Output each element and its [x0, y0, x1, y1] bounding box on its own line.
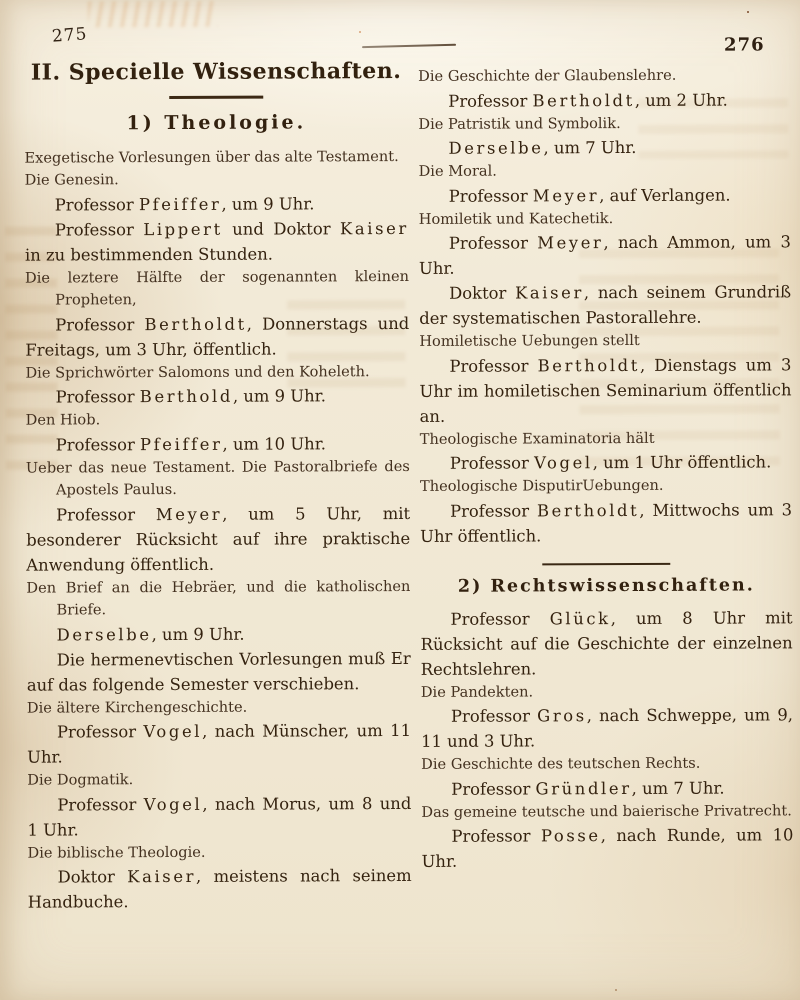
professor-name: Bertholdt: [537, 500, 639, 519]
text-segment: Professor: [450, 453, 534, 472]
text-segment: Professor: [450, 501, 537, 520]
lecture-topic-line: Die Moral.: [419, 159, 791, 183]
lecture-topic-line: Homiletik und Katechetik.: [419, 207, 791, 231]
lecture-assignment-line: Doktor Kaiser, nach seinem Grundriß der …: [419, 279, 791, 331]
professor-name: Berthold: [140, 387, 233, 406]
professor-name: Kaiser: [340, 218, 409, 237]
text-segment: Die Geschichte des teutschen Rechts.: [421, 755, 700, 773]
lecture-assignment-line: Professor Meyer, um 5 Uhr, mit besondere…: [26, 500, 410, 577]
lecture-assignment-line: Professor Bertholdt, um 2 Uhr.: [418, 87, 790, 114]
lecture-assignment-line: Professor Bertholdt, Dienstags um 3 Uhr …: [419, 352, 791, 429]
column-right: Die Geschichte der Glaubenslehre.Profess…: [418, 64, 794, 874]
lecture-assignment-line: Professor Gründler, um 7 Uhr.: [421, 775, 793, 802]
text-segment: Theologische DisputirUebungen.: [420, 477, 664, 495]
text-segment: Professor: [57, 722, 144, 741]
bleedthrough-ghost: [88, 1, 218, 28]
lecture-topic-line: Ueber das neue Testament. Die Pastoralbr…: [26, 455, 410, 502]
professor-name: Glück: [550, 609, 611, 628]
lecture-topic-line: Die ältere Kirchengeschichte.: [27, 695, 411, 719]
scanned-book-page: 275 276 II. Specielle Wissenschaften. 1)…: [0, 0, 800, 1000]
text-segment: Professor: [55, 315, 144, 334]
text-segment: Das gemeine teutsche und baierische Priv…: [421, 802, 792, 821]
professor-name: Derselbe: [448, 138, 543, 157]
header-center-dash: [362, 44, 456, 48]
heading-divider-rule: [169, 96, 263, 99]
lecture-topic-line: Die Geschichte der Glaubenslehre.: [418, 64, 790, 88]
text-segment: und Doktor: [223, 219, 340, 239]
text-segment: Homiletik und Katechetik.: [419, 210, 614, 228]
lecture-topic-line: Die Geschichte des teutschen Rechts.: [421, 752, 793, 776]
text-segment: Professor: [448, 91, 532, 110]
text-segment: Doktor: [58, 867, 128, 886]
lecture-topic-line: Exegetische Vorlesungen über das alte Te…: [24, 145, 408, 169]
text-segment: Professor: [57, 795, 143, 814]
section-divider-rule: [542, 562, 670, 565]
lecture-assignment-line: Professor Berthold, um 9 Uhr.: [25, 383, 409, 410]
professor-name: Vogel: [143, 722, 202, 741]
lecture-topic-line: Theologische DisputirUebungen.: [420, 474, 792, 498]
professor-name: Pfeiffer: [139, 194, 222, 213]
text-segment: Die Sprichwörter Salomons und den Kohele…: [25, 363, 369, 382]
text-segment: Professor: [56, 435, 140, 454]
text-segment: Homiletische Uebungen stellt: [419, 332, 640, 350]
professor-name: Derselbe: [57, 625, 152, 644]
text-segment: Professor: [449, 356, 537, 375]
text-segment: Die Patristik und Symbolik.: [418, 115, 620, 133]
text-segment: Die Genesin.: [25, 171, 119, 188]
professor-name: Gros: [537, 706, 587, 725]
lecture-assignment-line: Professor Bertholdt, Mittwochs um 3 Uhr …: [420, 497, 792, 549]
text-segment: Den Brief an die Hebräer, und die kathol…: [26, 577, 410, 618]
lecture-topic-line: Die leztere Hälfte der sogenannten klein…: [25, 265, 409, 312]
lecture-assignment-line: Professor Glück, um 8 Uhr mit Rücksicht …: [420, 605, 792, 682]
lecture-assignment-line: Professor Gros, nach Schweppe, um 9, 11 …: [421, 702, 793, 754]
lecture-topic-line: Den Brief an die Hebräer, und die kathol…: [26, 575, 410, 622]
text-segment: Die ältere Kirchengeschichte.: [27, 698, 247, 716]
lecture-topic-line: Die Dogmatik.: [27, 768, 411, 792]
text-segment: Die Moral.: [419, 163, 497, 180]
lecture-topic-line: Die Sprichwörter Salomons und den Kohele…: [25, 360, 409, 384]
text-segment: Professor: [55, 195, 139, 214]
professor-name: Meyer: [537, 233, 603, 252]
text-segment: Professor: [451, 706, 537, 725]
text-segment: Professor: [449, 233, 537, 252]
text-segment: Die Geschichte der Glaubenslehre.: [418, 67, 676, 85]
lecture-topic-line: Die Pandekten.: [421, 680, 793, 704]
text-segment: , um 9 Uhr.: [221, 194, 314, 213]
professor-name: Posse: [541, 826, 601, 845]
text-segment: , auf Verlangen.: [599, 185, 731, 205]
lecture-assignment-line: Professor Pfeiffer, um 10 Uhr.: [26, 430, 410, 457]
professor-name: Vogel: [534, 453, 593, 472]
text-segment: Die leztere Hälfte der sogenannten klein…: [25, 267, 409, 308]
lecture-assignment-line: Doktor Kaiser, meistens nach seinem Hand…: [28, 863, 412, 915]
text-segment: Die Pandekten.: [421, 683, 533, 700]
column-right-entries: Die Geschichte der Glaubenslehre.Profess…: [418, 64, 794, 874]
text-segment: Die hermenevtischen Vorlesungen muß Er a…: [27, 648, 411, 694]
lecture-assignment-line: Professor Bertholdt, Donnerstags und Fre…: [25, 310, 409, 362]
lecture-topic-line: Den Hiob.: [26, 408, 410, 432]
text-segment: , um 9 Uhr.: [152, 624, 245, 643]
subsection-heading-theologie: 1) Theologie.: [24, 110, 408, 134]
lecture-topic-line: Die Genesin.: [25, 168, 409, 192]
lecture-assignment-line: Die hermenevtischen Vorlesungen muß Er a…: [27, 645, 411, 697]
professor-name: Kaiser: [515, 283, 584, 302]
lecture-assignment-line: Derselbe, um 9 Uhr.: [27, 620, 411, 647]
text-segment: , um 2 Uhr.: [635, 90, 728, 109]
lecture-assignment-line: Professor Posse, nach Runde, um 10 Uhr.: [421, 822, 793, 874]
text-segment: Professor: [449, 186, 533, 205]
professor-name: Bertholdt: [538, 355, 640, 374]
professor-name: Meyer: [533, 186, 599, 205]
text-segment: Theologische Examinatoria hält: [420, 429, 655, 447]
professor-name: Bertholdt: [532, 90, 634, 109]
subsection-heading: 2) Rechtswissenschaften.: [420, 575, 792, 597]
page-number-right: 276: [724, 34, 765, 55]
lecture-assignment-line: Professor Vogel, um 1 Uhr öffentlich.: [420, 449, 792, 476]
lecture-topic-line: Homiletische Uebungen stellt: [419, 329, 791, 353]
text-segment: Die biblische Theologie.: [27, 843, 205, 861]
text-segment: Den Hiob.: [26, 411, 101, 428]
text-segment: Professor: [55, 220, 144, 239]
text-segment: Die Dogmatik.: [27, 771, 133, 788]
professor-name: Meyer: [156, 504, 222, 523]
text-segment: , um 1 Uhr öffentlich.: [593, 452, 772, 472]
lecture-assignment-line: Professor Meyer, auf Verlangen.: [419, 182, 791, 209]
text-segment: Professor: [451, 779, 535, 798]
professor-name: Pfeiffer: [140, 434, 223, 453]
professor-name: Bertholdt: [144, 314, 246, 333]
lecture-assignment-line: Professor Vogel, nach Morus, um 8 und 1 …: [27, 790, 411, 842]
text-segment: , um 7 Uhr.: [632, 778, 725, 797]
lecture-assignment-line: Professor Vogel, nach Münscher, um 11 Uh…: [27, 718, 411, 770]
column-left-entries: Exegetische Vorlesungen über das alte Te…: [24, 145, 411, 914]
lecture-topic-line: Die Patristik und Symbolik.: [418, 112, 790, 136]
lecture-topic-line: Das gemeine teutsche und baierische Priv…: [421, 800, 793, 824]
lecture-assignment-line: Professor Lippert und Doktor Kaiser in z…: [25, 215, 409, 267]
text-segment: , um 9 Uhr.: [233, 386, 326, 405]
professor-name: Kaiser: [127, 867, 196, 886]
text-segment: Doktor: [449, 283, 515, 302]
professor-name: Lippert: [143, 219, 223, 238]
text-segment: Professor: [56, 387, 140, 406]
section-heading-specielle-wissenschaften: II. Specielle Wissenschaften.: [24, 58, 408, 86]
text-segment: Professor: [451, 826, 541, 845]
text-segment: Ueber das neue Testament. Die Pastoralbr…: [26, 457, 410, 498]
lecture-topic-line: Die biblische Theologie.: [27, 840, 411, 864]
text-segment: , um 7 Uhr.: [543, 138, 636, 157]
text-segment: in zu bestimmenden Stunden.: [25, 244, 273, 264]
professor-name: Gründler: [535, 778, 631, 797]
column-left: II. Specielle Wissenschaften. 1) Theolog…: [24, 58, 412, 915]
lecture-assignment-line: Professor Pfeiffer, um 9 Uhr.: [25, 190, 409, 217]
lecture-assignment-line: Professor Meyer, nach Ammon, um 3 Uhr.: [419, 229, 791, 281]
lecture-assignment-line: Derselbe, um 7 Uhr.: [418, 134, 790, 161]
lecture-topic-line: Theologische Examinatoria hält: [420, 427, 792, 451]
page-number-left: 275: [51, 24, 88, 47]
text-segment: Exegetische Vorlesungen über das alte Te…: [24, 148, 398, 167]
text-segment: Professor: [56, 505, 156, 524]
text-segment: Professor: [450, 609, 549, 628]
text-segment: , um 10 Uhr.: [222, 434, 326, 453]
professor-name: Vogel: [144, 794, 203, 813]
